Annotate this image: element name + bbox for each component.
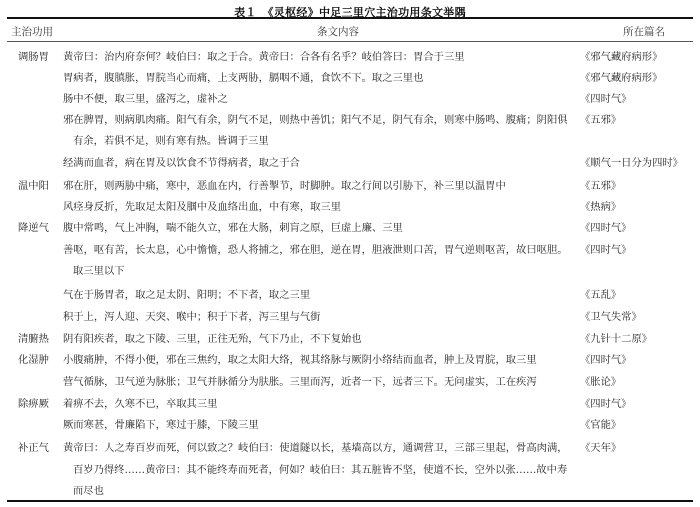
row-text: 风痉身反折，先取足太阳及腘中及血络出血，中有寒，取三里 xyxy=(63,201,341,214)
row-function: 化湿肿 xyxy=(18,354,49,367)
row-source: 《卫气失常》 xyxy=(580,311,642,324)
row-source: 《四时气》 xyxy=(580,93,631,106)
row-source: 《顺气一日分为四时》 xyxy=(580,157,683,170)
row-text: 黄帝曰：治内府奈何？岐伯曰：取之于合。黄帝曰：合各有名乎？岐伯答曰：胃合于三里 xyxy=(63,51,465,64)
row-text: 有余，若俱不足，则有寒有热。皆调于三里 xyxy=(73,135,269,148)
row-text: 取三里以下 xyxy=(73,265,124,278)
row-text: 着痹不去，久寒不已，卒取其三里 xyxy=(63,398,217,411)
row-function: 降逆气 xyxy=(18,222,49,235)
row-source: 《热病》 xyxy=(580,201,621,214)
row-function: 清腑热 xyxy=(18,333,49,346)
row-source: 《胀论》 xyxy=(580,376,621,389)
row-text: 而尽也 xyxy=(73,485,104,498)
header-content: 条文内容 xyxy=(317,24,359,39)
row-text: 邪在脾胃，则病肌肉痛。阳气有余，阴气不足，则热中善饥；阳气不足，阴气有余，则寒中… xyxy=(63,114,568,127)
row-text: 气在于肠胃者，取之足太阴、阳明；不下者，取之三里 xyxy=(63,289,310,302)
row-source: 《四时气》 xyxy=(580,244,631,257)
header-source: 所在篇名 xyxy=(623,24,665,39)
header-rule xyxy=(7,41,693,42)
row-source: 《四时气》 xyxy=(580,354,631,367)
row-source: 《官能》 xyxy=(580,419,621,432)
row-text: 经满而血者，病在胃及以饮食不节得病者，取之于合 xyxy=(63,157,300,170)
row-text: 小腹痛肿，不得小便，邪在三焦约，取之太阳大络，视其络脉与厥阴小络结而血者，肿上及… xyxy=(63,354,537,367)
row-text: 邪在肝，则两胁中痛，寒中，恶血在内，行善掣节，时脚肿。取之行间以引胁下，补三里以… xyxy=(63,180,506,193)
top-rule xyxy=(7,17,693,19)
row-source: 《四时气》 xyxy=(580,398,631,411)
row-text: 阴有阳疾者，取之下陵、三里，正往无殆，气下乃止，不下复始也 xyxy=(63,333,362,346)
row-text: 黄帝曰：人之寿百岁而死，何以致之？岐伯曰：使道隧以长，基墙高以方，通调营卫，三部… xyxy=(63,442,568,455)
header-function: 主治功用 xyxy=(11,24,53,39)
row-source: 《五邪》 xyxy=(580,180,621,193)
row-text: 胃病者，腹䐜胀，胃脘当心而痛，上支两胁，膈咽不通，食饮不下。取之三里也 xyxy=(63,72,423,85)
row-text: 营气循脉，卫气逆为脉胀；卫气并脉循分为肤胀。三里而泻，近者一下，远者三下。无问虚… xyxy=(63,376,537,389)
row-text: 肠中不便，取三里，盛泻之，虚补之 xyxy=(63,93,228,106)
row-source: 《四时气》 xyxy=(580,222,631,235)
row-text: 厥而寒甚，骨廉陷下，寒过于膝，下陵三里 xyxy=(63,419,259,432)
bottom-rule xyxy=(7,500,693,502)
row-source: 《天年》 xyxy=(580,442,621,455)
row-function: 温中阳 xyxy=(18,180,49,193)
row-function: 除痹厥 xyxy=(18,398,49,411)
row-source: 《邪气藏府病形》 xyxy=(580,72,662,85)
row-source: 《五邪》 xyxy=(580,114,621,127)
row-text: 腹中常鸣，气上冲胸，喘不能久立，邪在大肠，刺肓之原，巨虚上廉、三里 xyxy=(63,222,403,235)
row-source: 《邪气藏府病形》 xyxy=(580,51,662,64)
row-function: 调肠胃 xyxy=(18,51,49,64)
row-source: 《五乱》 xyxy=(580,289,621,302)
row-text: 善呕，呕有苦，长太息，心中憺憺，恐人将捕之，邪在胆，逆在胃，胆液泄则口苦，胃气逆… xyxy=(63,244,568,257)
row-text: 积于上，泻人迎、天突、喉中；积于下者，泻三里与气街 xyxy=(63,311,320,324)
row-function: 补正气 xyxy=(18,442,49,455)
row-source: 《九针十二原》 xyxy=(580,333,652,346)
row-text: 百岁乃得终……黄帝曰：其不能终寿而死者，何如？岐伯曰：其五脏皆不坚，使道不长，空… xyxy=(73,464,567,477)
